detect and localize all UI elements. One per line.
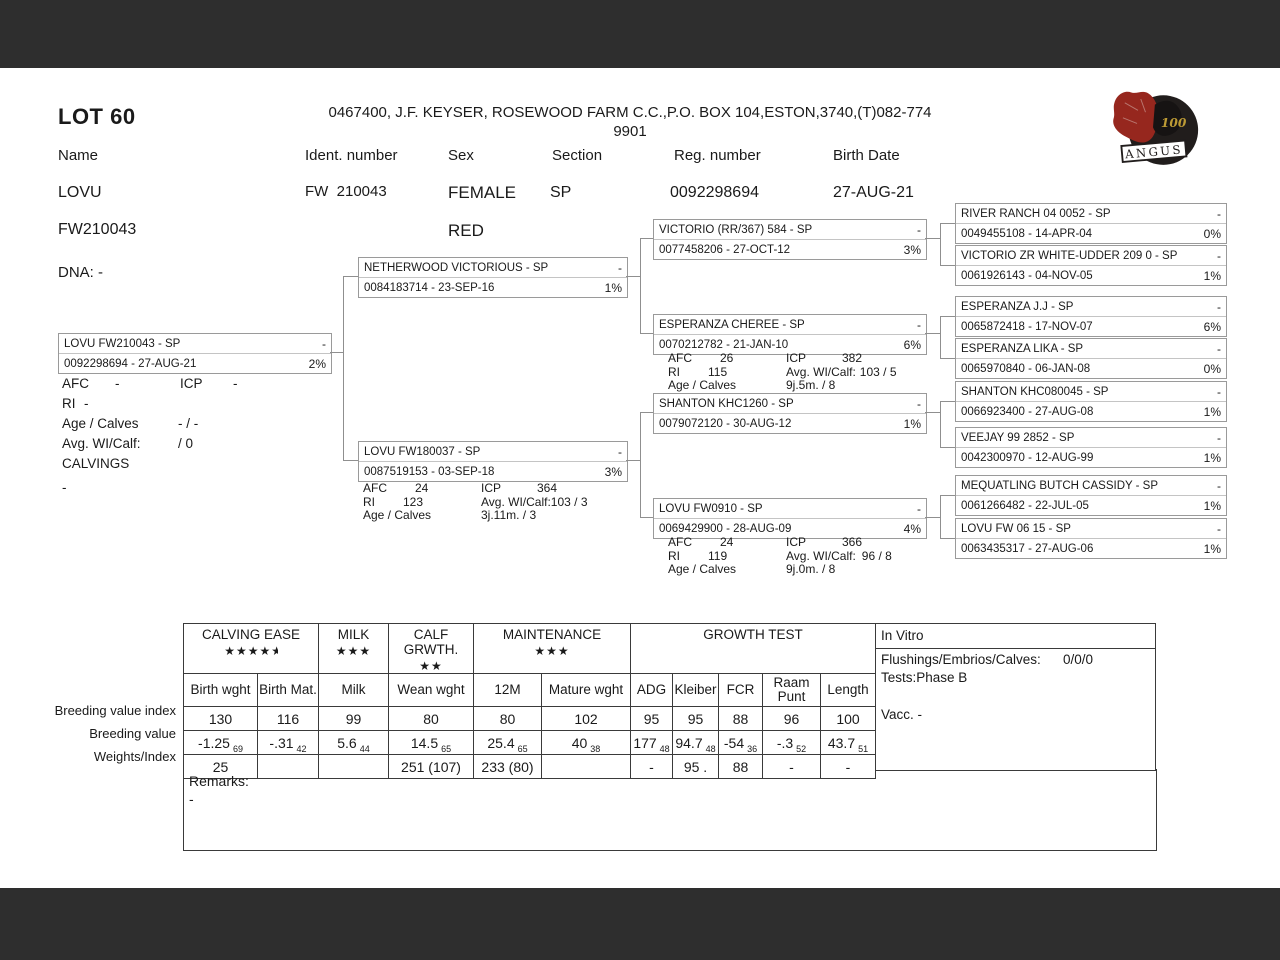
in-vitro-title: In Vitro (875, 624, 1155, 649)
pedigree-reg-date: 0061926143 - 04-NOV-05 (961, 270, 1093, 282)
pedigree-reg-date: 0077458206 - 27-OCT-12 (659, 244, 790, 256)
pedigree-flag: - (1217, 300, 1221, 314)
pedigree-inbreeding-pct: 3% (904, 243, 921, 257)
pedigree-animal-name: ESPERANZA CHEREE - SP (659, 319, 805, 331)
pedigree-flag: - (917, 318, 921, 332)
pedigree-box-sire: NETHERWOOD VICTORIOUS - SP-0084183714 - … (358, 257, 628, 298)
trait-column-header: Mature wght (542, 674, 631, 707)
afc-label: AFC (363, 482, 415, 496)
pedigree-reg-date: 0066923400 - 27-AUG-08 (961, 406, 1093, 418)
age-calves-value: 9j.5m. / 8 (786, 379, 835, 393)
birth-label: Birth Date (833, 147, 900, 164)
pedigree-box-ggp-7: MEQUATLING BUTCH CASSIDY - SP-0061266482… (955, 475, 1227, 516)
ri-label: RI (363, 496, 403, 510)
pedigree-flag: - (322, 337, 326, 351)
trait-column-header: 12M (474, 674, 542, 707)
icp-label: ICP (786, 352, 842, 366)
age-calves-value: 9j.0m. / 8 (786, 563, 835, 577)
age-calves-value: - / - (178, 414, 198, 434)
pedigree-animal-name: LOVU FW 06 15 - SP (961, 523, 1071, 535)
star-rating: ★★★★★ (184, 644, 318, 658)
icp-label: ICP (786, 536, 842, 550)
pedigree-connector-line (940, 495, 955, 496)
breeding-value-table: CALVING EASE★★★★★MILK★★★CALF GRWTH.★★MAI… (183, 623, 876, 779)
accuracy-subscript: 69 (233, 744, 243, 754)
breeding-value-index-cell: 100 (821, 707, 876, 731)
reg-label: Reg. number (674, 147, 761, 164)
accuracy-subscript: 51 (858, 744, 868, 754)
pedigree-inbreeding-pct: 1% (1204, 451, 1221, 465)
trait-column-header: Birth Mat. (258, 674, 319, 707)
pedigree-connector-line (330, 352, 343, 353)
name-value: LOVU (58, 184, 102, 202)
pedigree-reg-date: 0079072120 - 30-AUG-12 (659, 418, 791, 430)
remarks-label: Remarks: (184, 769, 1156, 789)
age-calves-label: Age / Calves (668, 379, 786, 393)
pedigree-flag: - (917, 502, 921, 516)
breeding-value-cell: 17748 (631, 731, 673, 755)
trait-column-header: Length (821, 674, 876, 707)
lot-number: LOT 60 (58, 104, 136, 130)
avg-wi-value: 96 / 8 (862, 550, 892, 564)
pedigree-connector-line (640, 238, 641, 333)
ri-label: RI (62, 394, 84, 414)
ri-value: 115 (708, 366, 786, 380)
pedigree-connector-line (940, 223, 955, 224)
icp-value: 364 (537, 482, 625, 496)
breeding-value-index-cell: 99 (319, 707, 389, 731)
pedigree-connector-line (940, 265, 955, 266)
in-vitro-panel: In Vitro Flushings/Embrios/Calves: 0/0/0… (875, 623, 1156, 771)
breeding-value-cell: -5436 (719, 731, 763, 755)
breeding-value-index-cell: 95 (673, 707, 719, 731)
avg-wi-value: 103 / 3 (551, 496, 588, 510)
breeding-value-index-cell: 80 (389, 707, 474, 731)
icp-value: - (233, 374, 238, 394)
pedigree-connector-line (343, 276, 358, 277)
icp-label: ICP (180, 374, 233, 394)
pedigree-animal-name: VEEJAY 99 2852 - SP (961, 432, 1074, 444)
avg-wi-label: Avg. WI/Calf: (481, 496, 551, 510)
pedigree-box-subject: LOVU FW210043 - SP-0092298694 - 27-AUG-2… (58, 333, 332, 374)
pedigree-connector-line (940, 223, 941, 265)
accuracy-subscript: 48 (660, 744, 670, 754)
breeding-value-index-cell: 80 (474, 707, 542, 731)
calvings-value: - (62, 478, 67, 498)
pedigree-inbreeding-pct: 6% (1204, 320, 1221, 334)
bottom-letterbox-bar (0, 888, 1280, 960)
pedigree-reg-date: 0049455108 - 14-APR-04 (961, 228, 1092, 240)
section-value: SP (550, 184, 571, 202)
row-label-weights-index: Weights/Index (0, 749, 176, 764)
avg-wi-label: Avg. WI/Calf: (786, 550, 856, 564)
pedigree-reg-date: 0042300970 - 12-AUG-99 (961, 452, 1093, 464)
pedigree-connector-line (940, 401, 941, 447)
breeding-value-cell: 14.565 (389, 731, 474, 755)
avg-wi-label: Avg. WI/Calf: (62, 434, 178, 454)
trait-column-header: Kleiber (673, 674, 719, 707)
trait-column-header: ADG (631, 674, 673, 707)
pedigree-inbreeding-pct: 4% (904, 522, 921, 536)
star-rating: ★★★ (319, 644, 388, 658)
age-calves-label: Age / Calves (668, 563, 786, 577)
accuracy-subscript: 36 (747, 744, 757, 754)
pedigree-animal-name: RIVER RANCH 04 0052 - SP (961, 208, 1111, 220)
accuracy-subscript: 42 (297, 744, 307, 754)
breeding-value-cell: 5.644 (319, 731, 389, 755)
pedigree-connector-line (925, 333, 940, 334)
pedigree-reg-date: 0070212782 - 21-JAN-10 (659, 339, 788, 351)
accuracy-subscript: 48 (706, 744, 716, 754)
breeder-address: 0467400, J.F. KEYSER, ROSEWOOD FARM C.C.… (250, 103, 1010, 141)
pedigree-animal-name: VICTORIO (RR/367) 584 - SP (659, 224, 812, 236)
pedigree-inbreeding-pct: 1% (1204, 542, 1221, 556)
pedigree-animal-name: NETHERWOOD VICTORIOUS - SP (364, 262, 548, 274)
trait-group-milk: MILK★★★ (319, 624, 389, 674)
pedigree-connector-line (626, 460, 640, 461)
pedigree-connector-line (925, 412, 940, 413)
pedigree-connector-line (940, 495, 941, 538)
pedigree-connector-line (940, 316, 941, 358)
half-star-icon: ★ (271, 644, 278, 658)
breeding-value-index-cell: 88 (719, 707, 763, 731)
pedigree-animal-name: SHANTON KHC1260 - SP (659, 398, 794, 410)
breeding-value-index-cell: 102 (542, 707, 631, 731)
pedigree-animal-name: ESPERANZA J.J - SP (961, 301, 1073, 313)
pedigree-reg-date: 0063435317 - 27-AUG-06 (961, 543, 1093, 555)
trait-group-label: MAINTENANCE (474, 627, 630, 642)
subject-stats: AFC - ICP - RI - Age / Calves - / - Avg.… (62, 374, 238, 498)
pedigree-flag: - (1217, 342, 1221, 356)
pedigree-connector-line (940, 358, 955, 359)
pedigree-box-ggp-2: VICTORIO ZR WHITE-UDDER 209 0 - SP-00619… (955, 245, 1227, 286)
icp-value: 382 (842, 352, 930, 366)
trait-group-label: GROWTH TEST (631, 627, 875, 642)
pedigree-connector-line (640, 412, 641, 517)
trait-column-header: Milk (319, 674, 389, 707)
trait-group-label: MILK (319, 627, 388, 642)
pedigree-connector-line (343, 276, 344, 460)
avg-wi-label: Avg. WI/Calf: (786, 366, 856, 380)
sex-label: Sex (448, 147, 474, 164)
pedigree-animal-name: LOVU FW0910 - SP (659, 503, 763, 515)
pedigree-connector-line (626, 276, 640, 277)
afc-value: 26 (720, 352, 786, 366)
pedigree-connector-line (640, 412, 653, 413)
pedigree-connector-line (940, 538, 955, 539)
pedigree-flag: - (1217, 385, 1221, 399)
avg-wi-value: 103 / 5 (860, 366, 897, 380)
breeder-address-line2: 9901 (250, 122, 1010, 141)
catalog-page: LOT 60 0467400, J.F. KEYSER, ROSEWOOD FA… (0, 0, 1280, 960)
name-label: Name (58, 147, 98, 164)
afc-value: - (115, 374, 180, 394)
dam-stats: AFC 24 ICP 364 RI 123 Avg. WI/Calf:103 /… (363, 482, 625, 523)
trait-column-header: FCR (719, 674, 763, 707)
pedigree-connector-line (940, 401, 955, 402)
pedigree-reg-date: 0065970840 - 06-JAN-08 (961, 363, 1090, 375)
logo-anniversary-text: 100 (1161, 116, 1187, 130)
pedigree-flag: - (618, 261, 622, 275)
pedigree-box-ggp-1: RIVER RANCH 04 0052 - SP-0049455108 - 14… (955, 203, 1227, 244)
pedigree-flag: - (917, 223, 921, 237)
pedigree-box-gp-sire-dam: ESPERANZA CHEREE - SP-0070212782 - 21-JA… (653, 314, 927, 355)
age-calves-label: Age / Calves (363, 509, 481, 523)
section-label: Section (552, 147, 602, 164)
avg-wi-value: / 0 (178, 434, 193, 454)
ri-label: RI (668, 366, 708, 380)
ri-value: 123 (403, 496, 481, 510)
pedigree-reg-date: 0065872418 - 17-NOV-07 (961, 321, 1093, 333)
tests-line: Tests:Phase B (875, 670, 1155, 685)
trait-group-calving-ease: CALVING EASE★★★★★ (184, 624, 319, 674)
angus-logo: 100 ANGUS (1106, 84, 1200, 178)
trait-group-label: CALF GRWTH. (389, 627, 473, 657)
pedigree-connector-line (640, 238, 653, 239)
pedigree-inbreeding-pct: 1% (1204, 405, 1221, 419)
pedigree-inbreeding-pct: 6% (904, 338, 921, 352)
pedigree-box-gp-dam-dam: LOVU FW0910 - SP-0069429900 - 28-AUG-094… (653, 498, 927, 539)
pedigree-flag: - (1217, 431, 1221, 445)
accuracy-subscript: 52 (796, 744, 806, 754)
pedigree-inbreeding-pct: 0% (1204, 362, 1221, 376)
ident-label: Ident. number (305, 147, 398, 164)
row-label-breeding-value: Breeding value (0, 726, 176, 741)
pedigree-flag: - (1217, 479, 1221, 493)
pedigree-inbreeding-pct: 2% (309, 357, 326, 371)
pedigree-reg-date: 0092298694 - 27-AUG-21 (64, 358, 196, 370)
trait-column-header: Raam Punt (763, 674, 821, 707)
pedigree-animal-name: SHANTON KHC080045 - SP (961, 386, 1108, 398)
age-calves-label: Age / Calves (62, 414, 178, 434)
ri-value: - (84, 394, 89, 414)
pedigree-connector-line (925, 517, 940, 518)
dna-line: DNA: - (58, 264, 103, 281)
red-cow-head (1113, 92, 1158, 143)
trait-group-growth-test: GROWTH TEST (631, 624, 876, 674)
star-rating: ★★★ (474, 644, 630, 658)
pedigree-inbreeding-pct: 0% (1204, 227, 1221, 241)
pedigree-reg-date: 0061266482 - 22-JUL-05 (961, 500, 1089, 512)
pedigree-box-dam: LOVU FW180037 - SP-0087519153 - 03-SEP-1… (358, 441, 628, 482)
breeding-value-cell: -.352 (763, 731, 821, 755)
pedigree-connector-line (343, 460, 358, 461)
age-calves-value: 3j.11m. / 3 (481, 509, 536, 523)
breeding-value-index-cell: 116 (258, 707, 319, 731)
pedigree-animal-name: ESPERANZA LIKA - SP (961, 343, 1083, 355)
trait-group-maintenance: MAINTENANCE★★★ (474, 624, 631, 674)
trait-group-calf-grwth-: CALF GRWTH.★★ (389, 624, 474, 674)
pedigree-box-ggp-8: LOVU FW 06 15 - SP-0063435317 - 27-AUG-0… (955, 518, 1227, 559)
pedigree-connector-line (640, 333, 653, 334)
breeding-value-cell: 4038 (542, 731, 631, 755)
breeding-value-cell: 94.748 (673, 731, 719, 755)
icp-label: ICP (481, 482, 537, 496)
breeding-value-index-cell: 96 (763, 707, 821, 731)
trait-column-header: Wean wght (389, 674, 474, 707)
pedigree-connector-line (940, 447, 955, 448)
pedigree-box-gp-dam-sire: SHANTON KHC1260 - SP-0079072120 - 30-AUG… (653, 393, 927, 434)
row-label-breeding-value-index: Breeding value index (0, 703, 176, 718)
pedigree-box-ggp-4: ESPERANZA LIKA - SP-0065970840 - 06-JAN-… (955, 338, 1227, 379)
flushings-label: Flushings/Embrios/Calves: (881, 652, 1063, 667)
pedigree-reg-date: 0084183714 - 23-SEP-16 (364, 282, 494, 294)
pedigree-connector-line (640, 517, 653, 518)
pedigree-inbreeding-pct: 1% (904, 417, 921, 431)
pedigree-flag: - (618, 445, 622, 459)
breeding-value-cell: -1.2569 (184, 731, 258, 755)
pedigree-animal-name: LOVU FW210043 - SP (64, 338, 180, 350)
breeder-address-line1: 0467400, J.F. KEYSER, ROSEWOOD FARM C.C.… (250, 103, 1010, 122)
calvings-label: CALVINGS (62, 454, 129, 474)
pedigree-inbreeding-pct: 3% (605, 465, 622, 479)
gp-fw0910-stats: AFC 24 ICP 366 RI 119 Avg. WI/Calf:96 / … (668, 536, 930, 577)
pedigree-box-ggp-5: SHANTON KHC080045 - SP-0066923400 - 27-A… (955, 381, 1227, 422)
colour-value: RED (448, 221, 484, 241)
pedigree-inbreeding-pct: 1% (1204, 499, 1221, 513)
pedigree-box-ggp-6: VEEJAY 99 2852 - SP-0042300970 - 12-AUG-… (955, 427, 1227, 468)
accuracy-subscript: 65 (441, 744, 451, 754)
trait-group-label: CALVING EASE (184, 627, 318, 642)
accuracy-subscript: 44 (360, 744, 370, 754)
remarks-value: - (184, 789, 1156, 807)
name2-value: FW210043 (58, 221, 136, 239)
pedigree-box-gp-sire-sire: VICTORIO (RR/367) 584 - SP-0077458206 - … (653, 219, 927, 260)
vacc-line: Vacc. - (875, 707, 1155, 722)
flushings-value: 0/0/0 (1063, 652, 1093, 667)
ri-value: 119 (708, 550, 786, 564)
pedigree-connector-line (925, 238, 940, 239)
pedigree-reg-date: 0087519153 - 03-SEP-18 (364, 466, 494, 478)
pedigree-animal-name: MEQUATLING BUTCH CASSIDY - SP (961, 480, 1158, 492)
trait-column-header: Birth wght (184, 674, 258, 707)
gp-cheree-stats: AFC 26 ICP 382 RI 115 Avg. WI/Calf:103 /… (668, 352, 930, 393)
icp-value: 366 (842, 536, 930, 550)
ri-label: RI (668, 550, 708, 564)
remarks-panel: Remarks: - (183, 769, 1157, 851)
pedigree-reg-date: 0069429900 - 28-AUG-09 (659, 523, 791, 535)
accuracy-subscript: 65 (518, 744, 528, 754)
afc-label: AFC (62, 374, 115, 394)
pedigree-box-ggp-3: ESPERANZA J.J - SP-0065872418 - 17-NOV-0… (955, 296, 1227, 337)
star-rating: ★★ (389, 659, 473, 673)
sex-value: FEMALE (448, 183, 516, 203)
pedigree-flag: - (1217, 207, 1221, 221)
pedigree-animal-name: LOVU FW180037 - SP (364, 446, 480, 458)
pedigree-flag: - (917, 397, 921, 411)
breeding-value-index-cell: 130 (184, 707, 258, 731)
pedigree-flag: - (1217, 522, 1221, 536)
breeding-value-cell: 25.465 (474, 731, 542, 755)
breeding-value-index-cell: 95 (631, 707, 673, 731)
breeding-value-cell: -.3142 (258, 731, 319, 755)
accuracy-subscript: 38 (590, 744, 600, 754)
afc-value: 24 (415, 482, 481, 496)
pedigree-connector-line (940, 316, 955, 317)
pedigree-inbreeding-pct: 1% (1204, 269, 1221, 283)
pedigree-animal-name: VICTORIO ZR WHITE-UDDER 209 0 - SP (961, 250, 1177, 262)
birth-value: 27-AUG-21 (833, 184, 914, 202)
top-letterbox-bar (0, 0, 1280, 68)
ident-value: FW 210043 (305, 183, 387, 200)
reg-value: 0092298694 (670, 184, 759, 202)
pedigree-inbreeding-pct: 1% (605, 281, 622, 295)
afc-value: 24 (720, 536, 786, 550)
breeding-value-cell: 43.751 (821, 731, 876, 755)
afc-label: AFC (668, 536, 720, 550)
pedigree-flag: - (1217, 249, 1221, 263)
afc-label: AFC (668, 352, 720, 366)
